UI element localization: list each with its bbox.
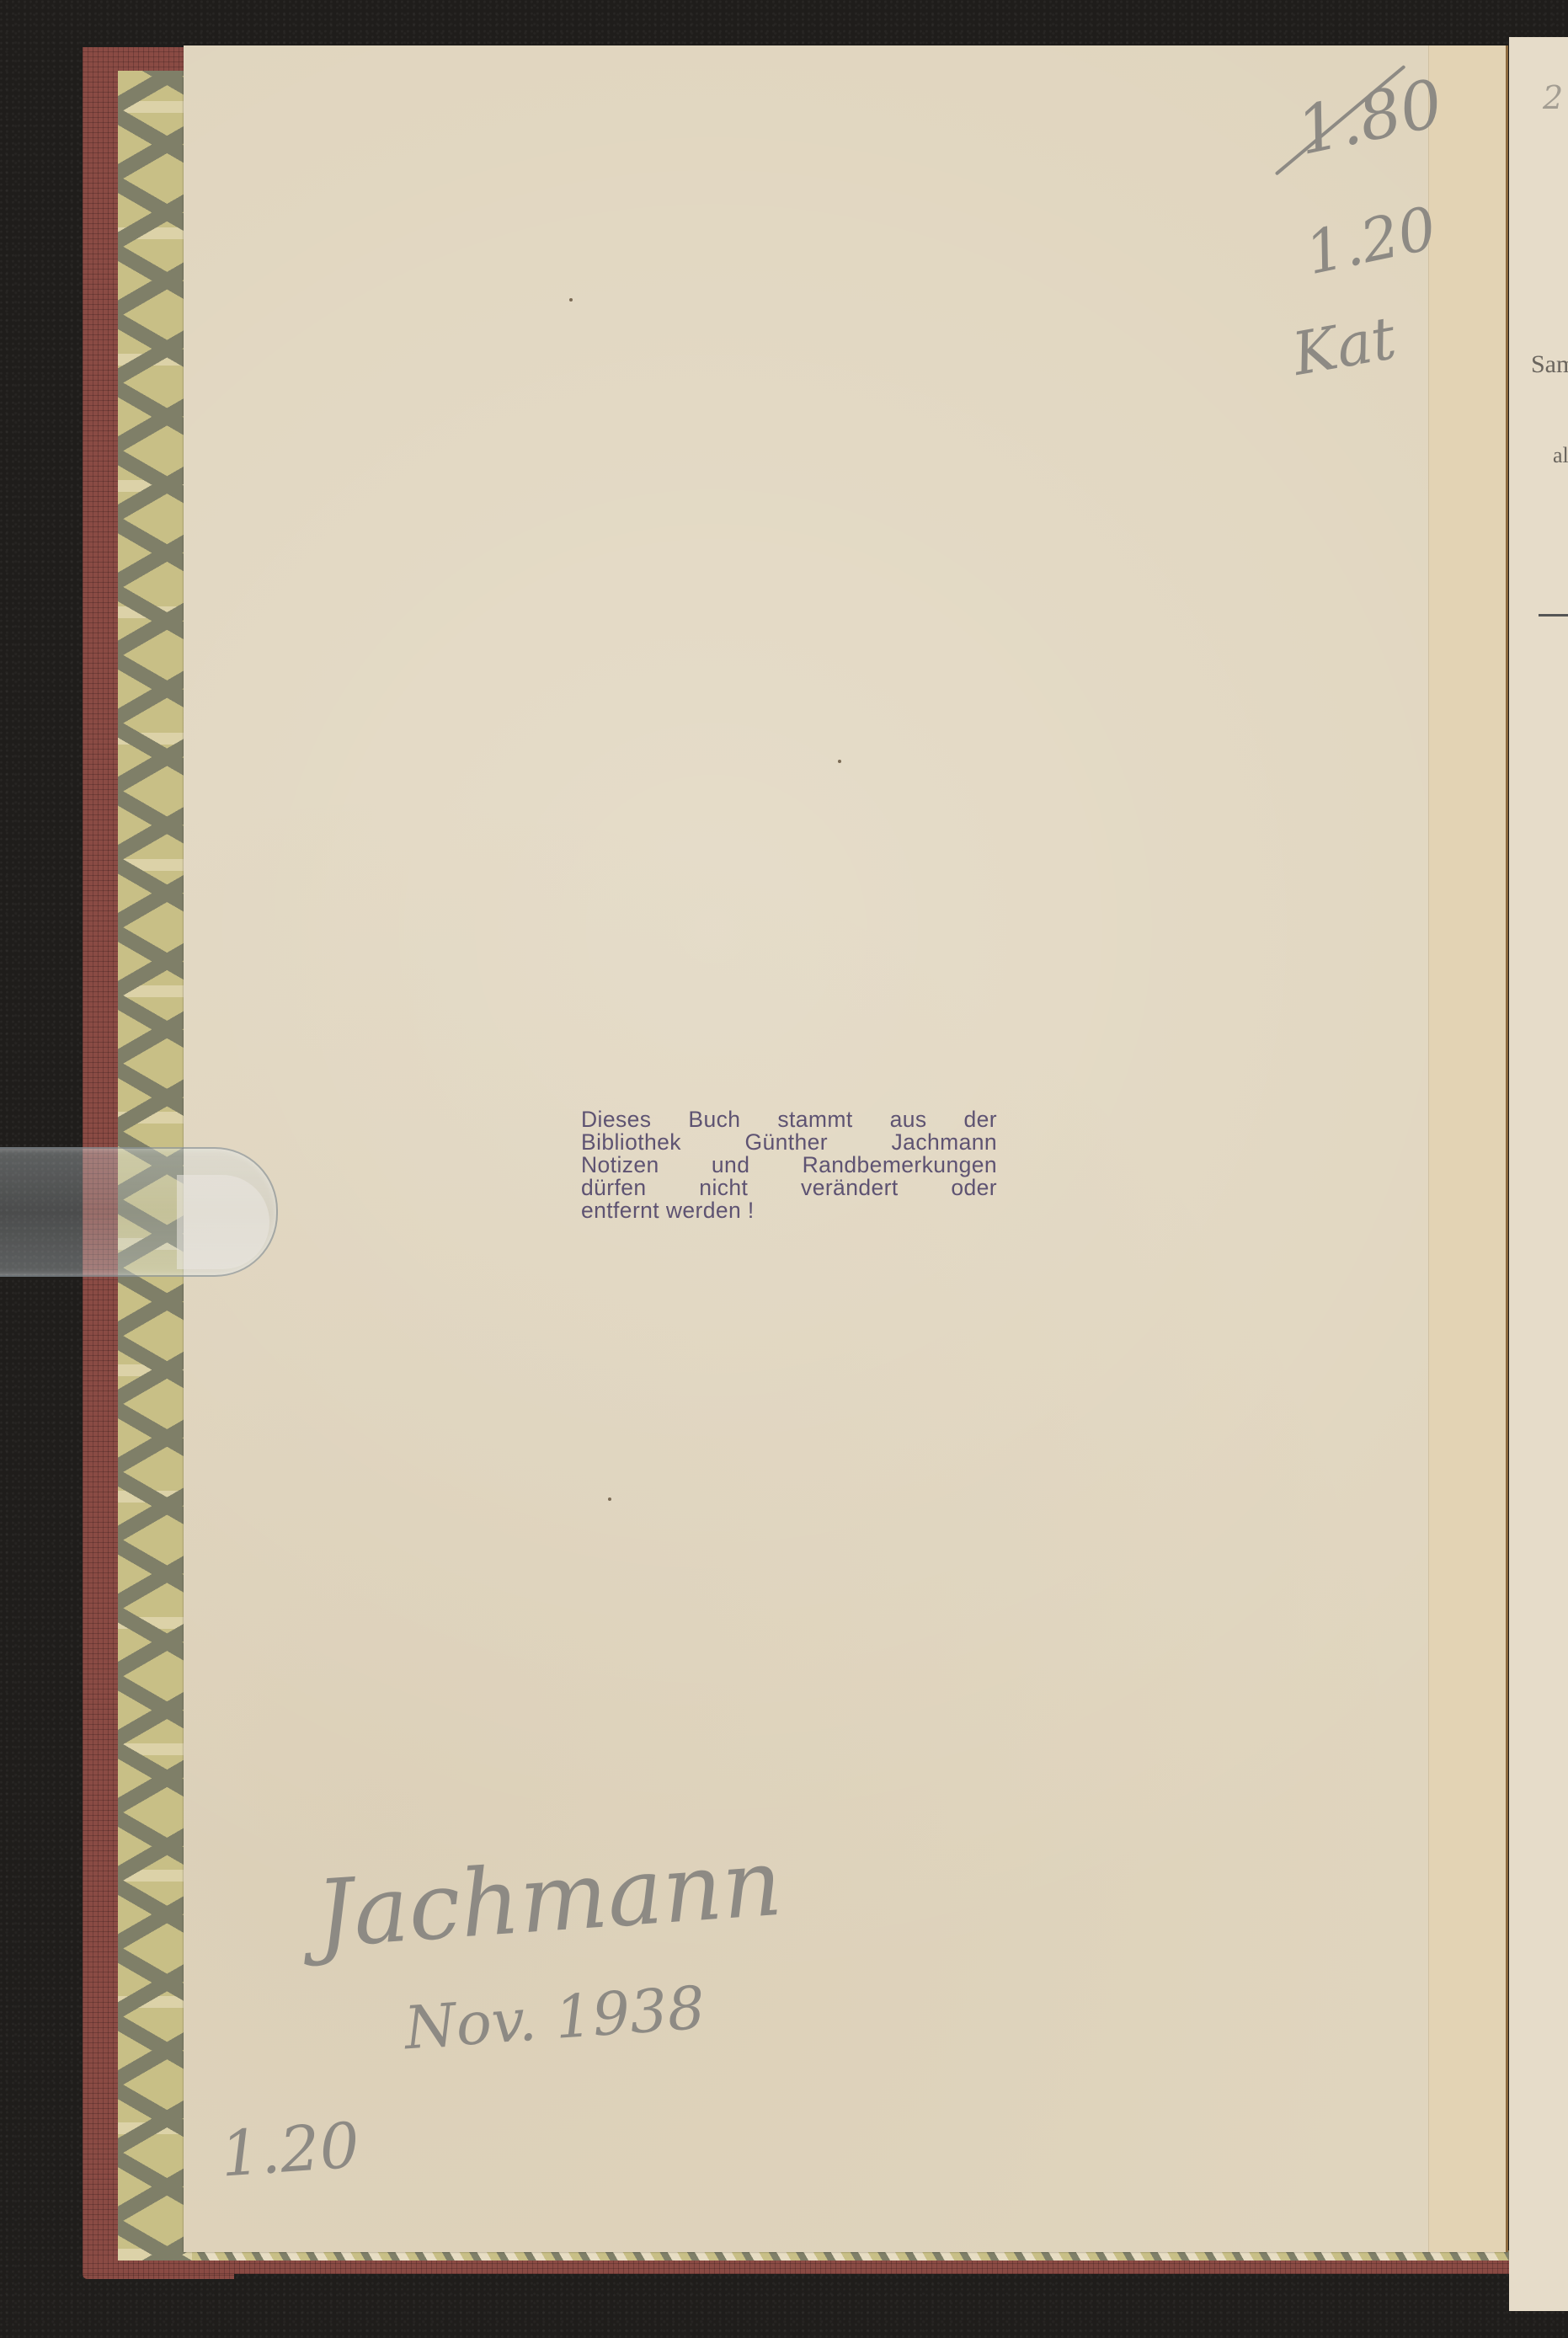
- facing-page-rule: [1539, 614, 1568, 617]
- stamp-line: entfernt werden !: [581, 1199, 997, 1222]
- facing-page-pencil-mark: 2: [1543, 79, 1563, 116]
- pencil-price-bottom: 1.20: [218, 2109, 361, 2191]
- facing-page-text-fragment: Samm: [1531, 350, 1568, 379]
- stamp-line: Notizen und Randbemerkungen: [581, 1154, 997, 1177]
- page-fold-edge: [1428, 45, 1508, 2252]
- paper-speck: [838, 760, 841, 763]
- facing-page: 2 Samm als: [1509, 37, 1568, 2311]
- cover-cloth-bottom: [83, 2259, 1514, 2274]
- paper-speck: [608, 1497, 611, 1501]
- book-scan: 2 Samm als Dieses Buch stammt aus der Bi…: [0, 0, 1568, 2338]
- page-holder-tip: [177, 1175, 269, 1269]
- library-stamp: Dieses Buch stammt aus der Bibliothek Gü…: [581, 1108, 1019, 1222]
- page-gutter-line: [1506, 45, 1508, 2252]
- paper-speck: [569, 298, 573, 302]
- stamp-line: Dieses Buch stammt aus der: [581, 1108, 997, 1131]
- facing-page-text-fragment: als: [1553, 443, 1568, 468]
- stamp-line: Bibliothek Günther Jachmann: [581, 1131, 997, 1154]
- stamp-line: dürfen nicht verändert oder: [581, 1177, 997, 1199]
